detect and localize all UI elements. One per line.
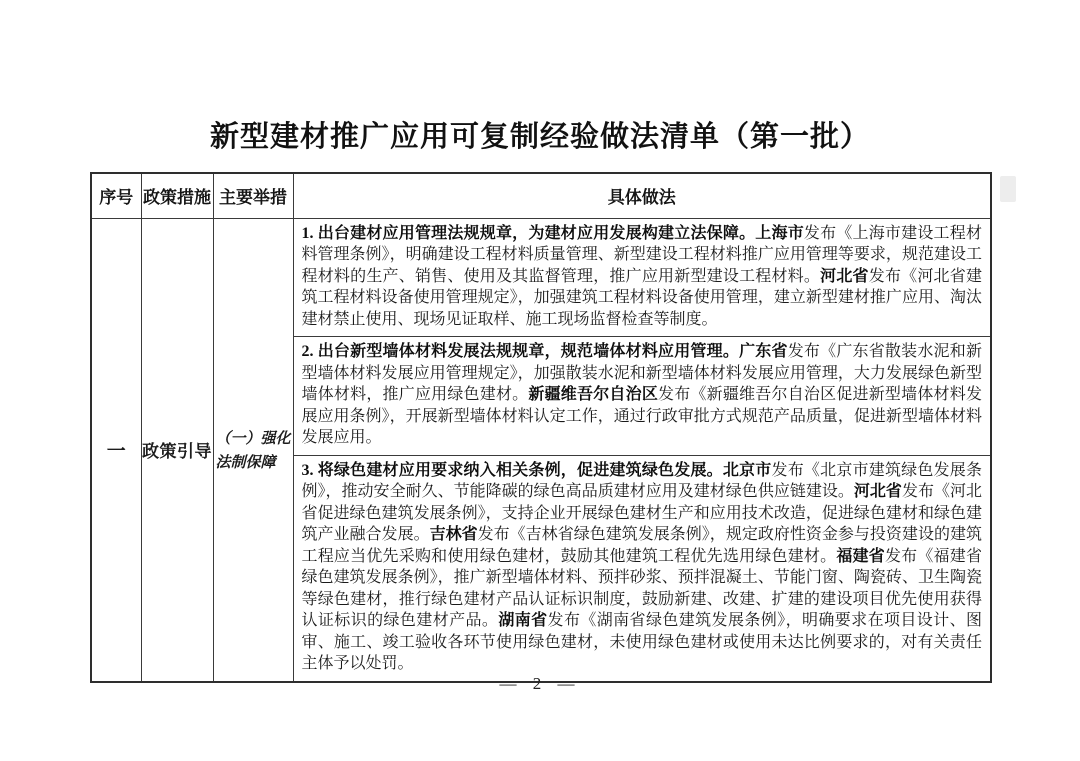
emphasis-text: 河北省: [820, 268, 869, 285]
emphasis-text: 湖南省: [498, 612, 547, 629]
emphasis-text: 上海市: [755, 225, 804, 242]
document-page: 新型建材推广应用可复制经验做法清单（第一批） 序号 政策措施 主要举措 具体做法…: [0, 0, 1080, 761]
policy-measure-cell: 政策引导: [141, 218, 213, 682]
column-header-serial: 序号: [91, 173, 141, 218]
emphasis-text: 广东省: [739, 343, 788, 360]
scan-artifact: [1000, 176, 1016, 202]
policy-measures-table: 序号 政策措施 主要举措 具体做法 一 政策引导 （一）强化 法制保障 1. 出…: [90, 172, 992, 683]
emphasis-text: 3. 将绿色建材应用要求纳入相关条例，促进建筑绿色发展。: [302, 462, 723, 479]
emphasis-text: 北京市: [723, 462, 772, 479]
detail-cell-item-3: 3. 将绿色建材应用要求纳入相关条例，促进建筑绿色发展。北京市发布《北京市建筑绿…: [293, 455, 991, 682]
emphasis-text: 2. 出台新型墙体材料发展法规规章，规范墙体材料应用管理。: [302, 343, 740, 360]
serial-number-cell: 一: [91, 218, 141, 682]
column-header-measure: 主要举措: [213, 173, 293, 218]
emphasis-text: 吉林省: [430, 526, 478, 543]
main-initiative-cell: （一）强化 法制保障: [213, 218, 293, 682]
detail-cell-item-1: 1. 出台建材应用管理法规规章，为建材应用发展构建立法保障。上海市发布《上海市建…: [293, 218, 991, 337]
emphasis-text: 新疆维吾尔自治区: [528, 386, 658, 403]
document-title: 新型建材推广应用可复制经验做法清单（第一批）: [0, 114, 1080, 155]
column-header-detail: 具体做法: [293, 173, 991, 218]
column-header-policy: 政策措施: [141, 173, 213, 218]
table-header-row: 序号 政策措施 主要举措 具体做法: [91, 173, 991, 218]
table-row: 一 政策引导 （一）强化 法制保障 1. 出台建材应用管理法规规章，为建材应用发…: [91, 218, 991, 337]
emphasis-text: 福建省: [836, 548, 885, 565]
emphasis-text: 河北省: [854, 483, 902, 500]
detail-cell-item-2: 2. 出台新型墙体材料发展法规规章，规范墙体材料应用管理。广东省发布《广东省散装…: [293, 337, 991, 456]
page-number: — 2 —: [0, 674, 1080, 694]
emphasis-text: 1. 出台建材应用管理法规规章，为建材应用发展构建立法保障。: [302, 225, 756, 242]
